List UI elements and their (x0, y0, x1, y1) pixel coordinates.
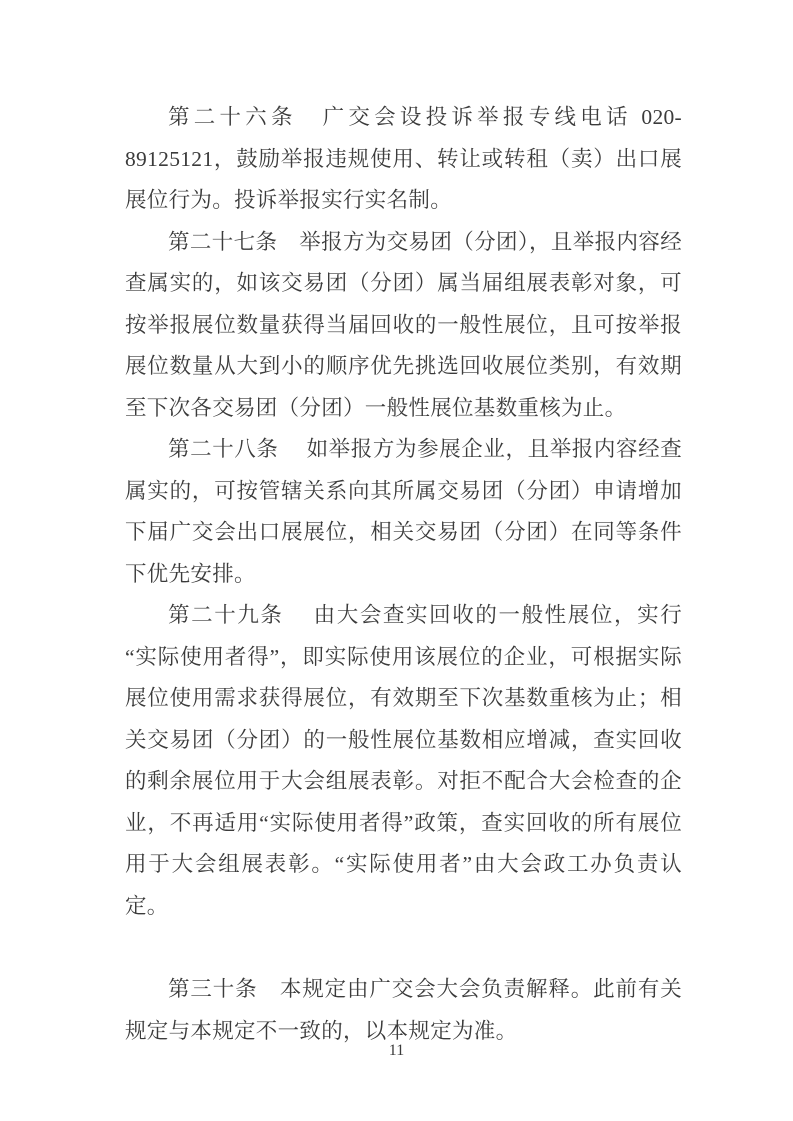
document-page: 第二十六条 广交会设投诉举报专线电话 020-89125121，鼓励举报违规使用… (0, 0, 793, 1121)
document-body: 第二十六条 广交会设投诉举报专线电话 020-89125121，鼓励举报违规使用… (125, 97, 682, 1052)
paragraph-article-28: 第二十八条 如举报方为参展企业，且举报内容经查属实的，可按管辖关系向其所属交易团… (125, 429, 682, 595)
paragraph-article-30: 第三十条 本规定由广交会大会负责解释。此前有关规定与本规定不一致的，以本规定为准… (125, 969, 682, 1052)
paragraph-article-26: 第二十六条 广交会设投诉举报专线电话 020-89125121，鼓励举报违规使用… (125, 97, 682, 222)
page-number: 11 (0, 1041, 793, 1061)
paragraph-article-27: 第二十七条 举报方为交易团（分团），且举报内容经查属实的，如该交易团（分团）属当… (125, 222, 682, 430)
paragraph-article-29: 第二十九条 由大会查实回收的一般性展位，实行“实际使用者得”，即实际使用该展位的… (125, 595, 682, 927)
